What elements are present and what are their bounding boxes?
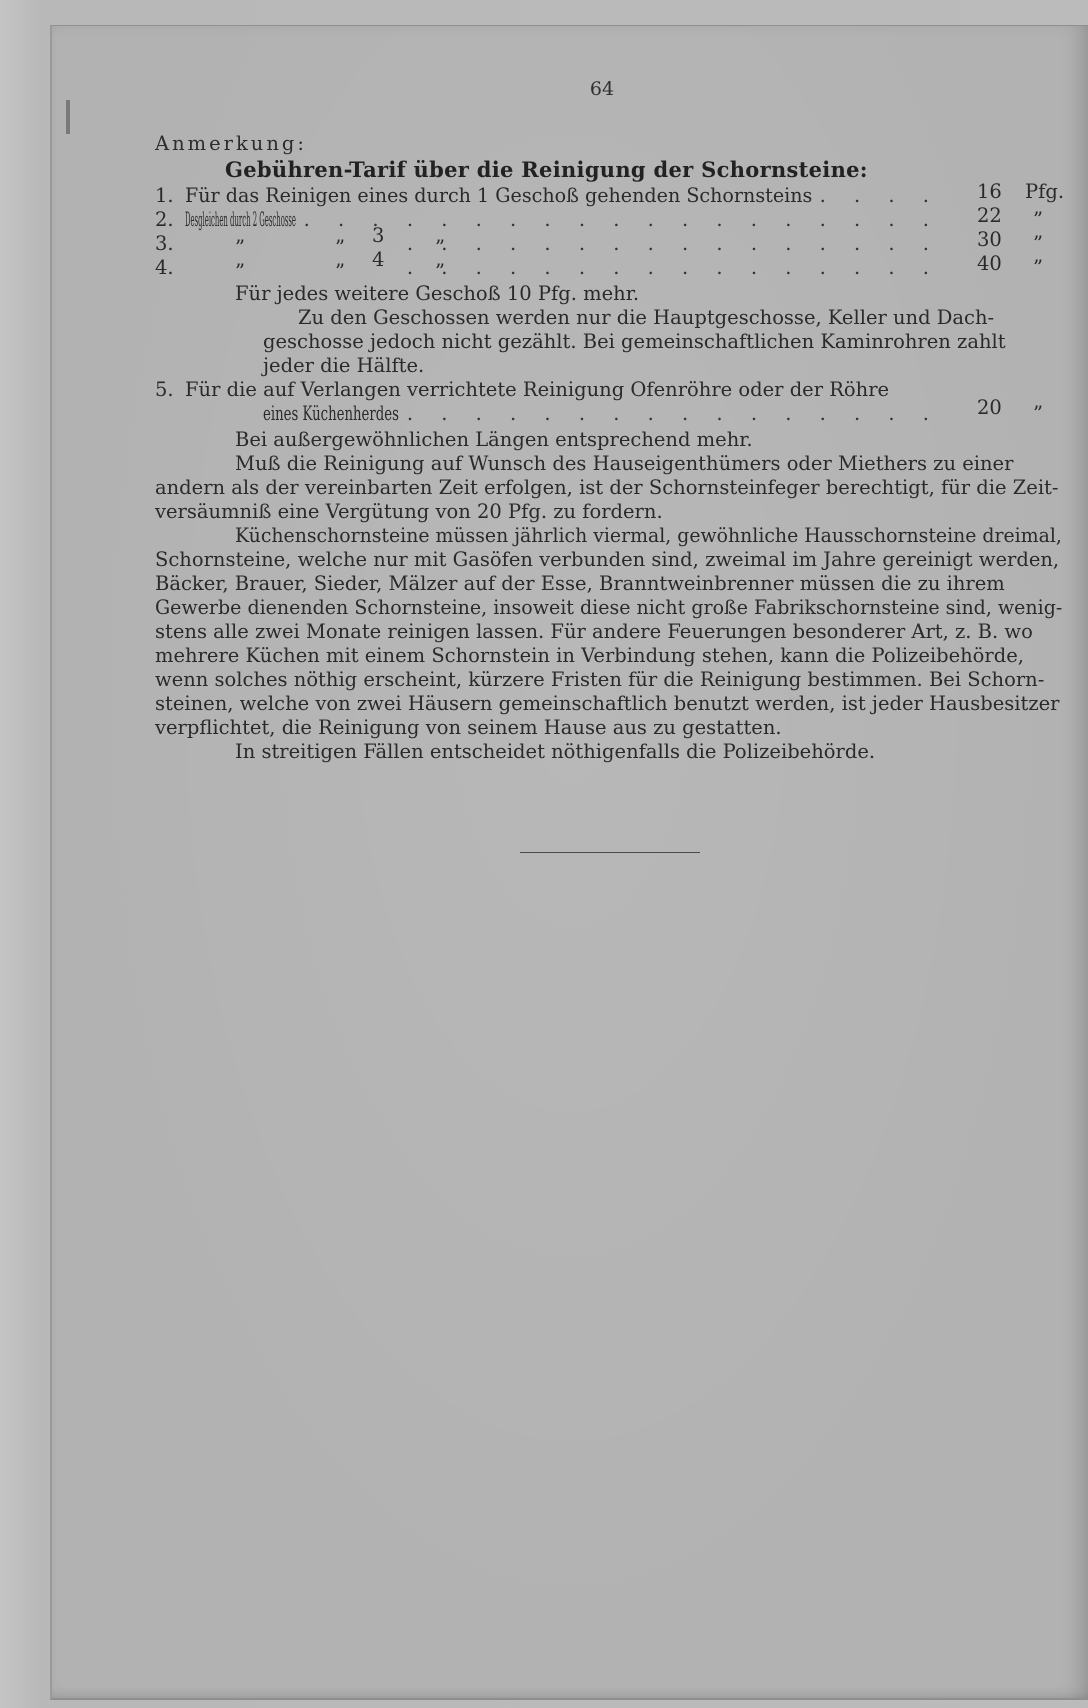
page-number: 64 xyxy=(0,78,1088,100)
row-amount: 20 xyxy=(977,396,1002,420)
leader-dots: . . . . . . . . . . . . . . . . xyxy=(407,256,940,280)
row-label: eines Küchenherdes xyxy=(263,402,399,426)
row-unit: ” xyxy=(1033,402,1043,426)
row-unit: ” xyxy=(1033,256,1043,280)
row-label: Desgleichen durch 2 Geschosse xyxy=(185,208,296,232)
paragraph-line: Muß die Reinigung auf Wunsch des Hauseig… xyxy=(235,452,1013,476)
tariff-row: 3. ” ” 3 ” . . . . . . . . . . . . . . .… xyxy=(155,232,1060,256)
paragraph-line: stens alle zwei Monate reinigen lassen. … xyxy=(155,620,1033,644)
floors-note-line: geschosse jedoch nicht gezählt. Bei geme… xyxy=(263,330,1006,354)
leader-dots: . . . . . . . . . . . . . . . . xyxy=(407,402,940,426)
paragraph-line: versäumniß eine Vergütung von 20 Pfg. zu… xyxy=(155,500,663,524)
leader-dots: . . . . . . . . . . . . . . . . . . . xyxy=(304,208,940,232)
row-unit: ” xyxy=(1033,232,1043,256)
row-number: 4. xyxy=(155,256,174,280)
row-amount: 30 xyxy=(977,228,1002,252)
row-amount: 40 xyxy=(977,252,1002,276)
paragraph-line: andern als der vereinbarten Zeit erfolge… xyxy=(155,476,1058,500)
leader-dots: . . . . . . . . . . . . . . . . xyxy=(407,232,940,256)
tariff-heading: Gebühren-Tarif über die Reinigung der Sc… xyxy=(225,158,868,182)
paragraph-line: In streitigen Fällen entscheidet nöthige… xyxy=(235,740,875,764)
row-label: Für das Reinigen eines durch 1 Geschoß g… xyxy=(185,184,812,208)
row-number: 2. xyxy=(155,208,174,232)
paragraph-line: Bäcker, Brauer, Sieder, Mälzer auf der E… xyxy=(155,572,1005,596)
paragraph-line: verpflichtet, die Reinigung von seinem H… xyxy=(155,716,782,740)
item5-line: Für die auf Verlangen verrichtete Reinig… xyxy=(185,378,889,402)
ditto-mark: ” xyxy=(235,260,245,284)
row-unit: Pfg. xyxy=(1025,180,1064,204)
tariff-row: eines Küchenherdes . . . . . . . . . . .… xyxy=(155,402,1060,426)
note-label: Anmerkung: xyxy=(155,132,307,156)
floor-count: 4 xyxy=(372,248,384,272)
item5-number: 5. xyxy=(155,378,174,402)
row-amount: 22 xyxy=(977,204,1002,228)
paragraph-line: mehrere Küchen mit einem Schornstein in … xyxy=(155,644,1024,668)
paragraph-line: Küchenschornsteine müssen jährlich vierm… xyxy=(235,524,1062,548)
lengths-note: Bei außergewöhnlichen Längen entsprechen… xyxy=(235,428,753,452)
row-number: 3. xyxy=(155,232,174,256)
row-unit: ” xyxy=(1033,208,1043,232)
extra-floor-note: Für jedes weitere Geschoß 10 Pfg. mehr. xyxy=(235,282,639,306)
tariff-row: 4. ” ” 4 ” . . . . . . . . . . . . . . .… xyxy=(155,256,1060,280)
margin-mark xyxy=(66,100,70,134)
row-number: 1. xyxy=(155,184,174,208)
floors-note-line: jeder die Hälfte. xyxy=(263,354,424,378)
paragraph-line: wenn solches nöthig erscheint, kürzere F… xyxy=(155,668,1044,692)
leader-dots: . . . . xyxy=(820,184,940,208)
paragraph-line: Gewerbe dienenden Schornsteine, insoweit… xyxy=(155,596,1062,620)
floor-count: 3 xyxy=(372,224,384,248)
tariff-row: 2. Desgleichen durch 2 Geschosse . . . .… xyxy=(155,208,1060,232)
ditto-mark: ” xyxy=(335,260,345,284)
paragraph-line: steinen, welche von zwei Häusern gemeins… xyxy=(155,692,1059,716)
tariff-row: 1. Für das Reinigen eines durch 1 Gescho… xyxy=(155,184,1060,208)
row-amount: 16 xyxy=(977,180,1002,204)
floors-note-line: Zu den Geschossen werden nur die Hauptge… xyxy=(298,306,994,330)
paragraph-line: Schornsteine, welche nur mit Gasöfen ver… xyxy=(155,548,1059,572)
section-divider xyxy=(520,852,700,853)
